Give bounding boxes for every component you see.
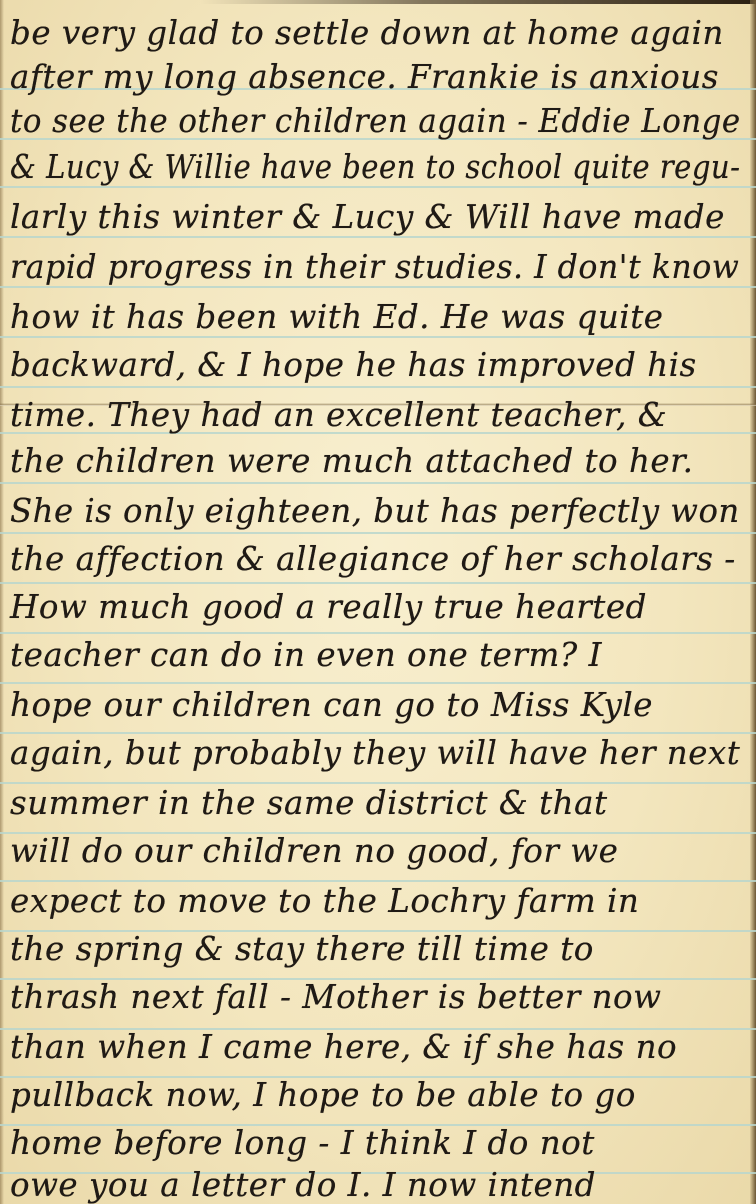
- handwriting-line: backward, & I hope he has improved his: [10, 340, 740, 390]
- handwriting-line: be very glad to settle down at home agai…: [10, 8, 740, 58]
- handwriting-line: thrash next fall - Mother is better now: [10, 972, 740, 1022]
- handwriting-line: after my long absence. Frankie is anxiou…: [10, 52, 740, 102]
- handwriting-line: the affection & allegiance of her schola…: [10, 534, 740, 584]
- handwriting-line: the spring & stay there till time to: [10, 924, 740, 974]
- handwriting-line: She is only eighteen, but has perfectly …: [10, 486, 735, 536]
- handwriting-line: larly this winter & Lucy & Will have mad…: [10, 192, 740, 242]
- handwriting-line: & Lucy & Willie have been to school quit…: [10, 142, 663, 192]
- handwriting-line: again, but probably they will have her n…: [10, 728, 738, 778]
- handwriting-line: owe you a letter do I. I now intend: [10, 1160, 740, 1204]
- handwriting-line: than when I came here, & if she has no: [10, 1022, 740, 1072]
- handwriting-line: to see the other children again - Eddie …: [10, 96, 702, 146]
- handwriting-line: rapid progress in their studies. I don't…: [10, 242, 720, 292]
- handwriting-line: will do our children no good, for we: [10, 826, 740, 876]
- handwriting-line: pullback now, I hope to be able to go: [10, 1070, 740, 1120]
- handwritten-text: be very glad to settle down at home agai…: [0, 0, 756, 1204]
- handwriting-line: hope our children can go to Miss Kyle: [10, 680, 740, 730]
- handwriting-line: the children were much attached to her.: [10, 436, 740, 486]
- letter-page: be very glad to settle down at home agai…: [0, 0, 756, 1204]
- handwriting-line: How much good a really true hearted: [10, 582, 740, 632]
- handwriting-line: expect to move to the Lochry farm in: [10, 876, 740, 926]
- handwriting-line: summer in the same district & that: [10, 778, 740, 828]
- handwriting-line: how it has been with Ed. He was quite: [10, 292, 740, 342]
- handwriting-line: teacher can do in even one term? I: [10, 630, 740, 680]
- handwriting-line: time. They had an excellent teacher, &: [10, 390, 740, 440]
